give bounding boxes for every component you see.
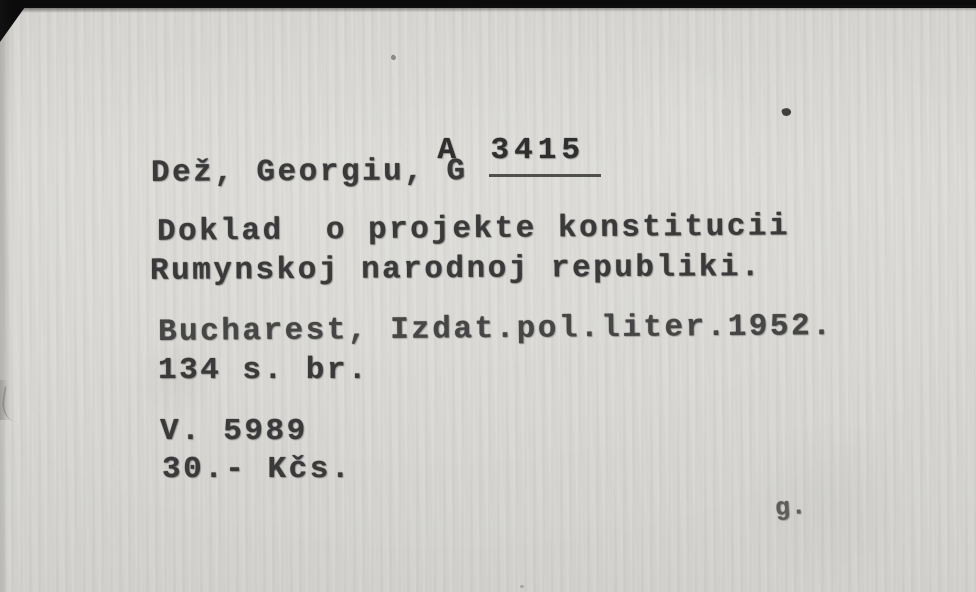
paper-blotch-texture xyxy=(0,0,976,592)
shelf-mark-line: V. 5989 xyxy=(160,414,308,450)
title-line-1: Doklad o projekte konstitucii xyxy=(157,209,790,251)
photo-left-edge-shadow xyxy=(0,0,12,420)
title-line-2: Rumynskoj narodnoj republiki. xyxy=(150,250,762,290)
ink-speck xyxy=(781,107,792,118)
author-line: Dež, Georgiu, G xyxy=(151,154,468,192)
price-line: 30.- Kčs. xyxy=(162,452,352,488)
call-number-digits: 3415 xyxy=(489,133,601,177)
ink-speck xyxy=(520,585,524,588)
paper-grain-texture xyxy=(0,0,976,592)
cataloguer-initial: g. xyxy=(774,489,808,527)
ink-speck xyxy=(390,54,397,61)
collation-line: 134 s. br. xyxy=(158,353,369,389)
catalog-card-scan: A3415 Dež, Georgiu, G Doklad o projekte … xyxy=(0,0,976,592)
photo-top-edge-shadow xyxy=(0,5,976,13)
imprint-line: Bucharest, Izdat.pol.liter.1952. xyxy=(158,309,834,351)
